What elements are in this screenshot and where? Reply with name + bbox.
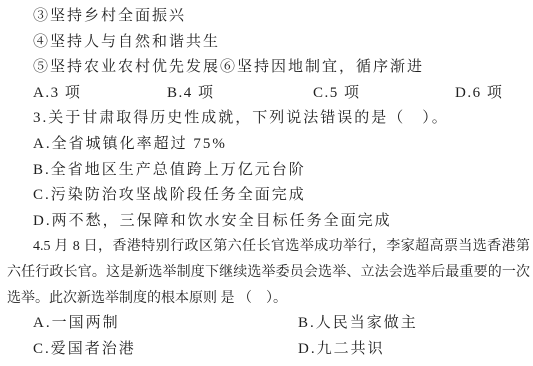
q4-choice-d: D.九二共识 [298, 337, 385, 363]
exam-document-page: ③坚持乡村全面振兴 ④坚持人与自然和谐共生 ⑤坚持农业农村优先发展⑥坚持因地制宜… [0, 0, 533, 366]
q2-statement-line-3: ③坚持乡村全面振兴 [0, 4, 533, 30]
q2-choice-a: A.3 项 [33, 81, 81, 107]
q4-stem-line-2: 六任行政长官。这是新选举制度下继续选举委员会选举、立法会选举后最重要的一次 [7, 260, 530, 286]
q3-choice-b: B.全省地区生产总值跨上万亿元台阶 [0, 158, 533, 184]
q4-choice-c: C.爱国者治港 [33, 337, 136, 363]
q4-choice-a: A.一国两制 [33, 311, 120, 337]
q4-choices-row-1: A.一国两制 B.人民当家做主 [0, 311, 533, 337]
q3-stem: 3.关于甘肃取得历史性成就，下列说法错误的是（ ）。 [0, 106, 533, 132]
q4-choices-row-2: C.爱国者治港 D.九二共识 [0, 337, 533, 363]
q2-choice-b: B.4 项 [167, 81, 215, 107]
q3-choice-a: A.全省城镇化率超过 75% [0, 132, 533, 158]
q4-stem-line-1: 4.5 月 8 日，香港特别行政区第六任长官选举成功举行，李家超高票当选香港第 [7, 234, 530, 260]
q3-choice-d: D.两不愁，三保障和饮水安全目标任务全面完成 [0, 209, 533, 235]
q2-statement-line-4: ④坚持人与自然和谐共生 [0, 30, 533, 56]
q4-choice-b: B.人民当家做主 [298, 311, 418, 337]
q2-choice-d: D.6 项 [455, 81, 503, 107]
q2-statement-line-5-6: ⑤坚持农业农村优先发展⑥坚持因地制宜，循序渐进 [0, 55, 533, 81]
q2-choice-c: C.5 项 [313, 81, 361, 107]
q3-choice-c: C.污染防治攻坚战阶段任务全面完成 [0, 183, 533, 209]
q2-choices-row: A.3 项 B.4 项 C.5 项 D.6 项 [0, 81, 533, 107]
q4-stem-line-3: 选举。此次新选举制度的根本原则 是 （ ）。 [7, 286, 530, 312]
